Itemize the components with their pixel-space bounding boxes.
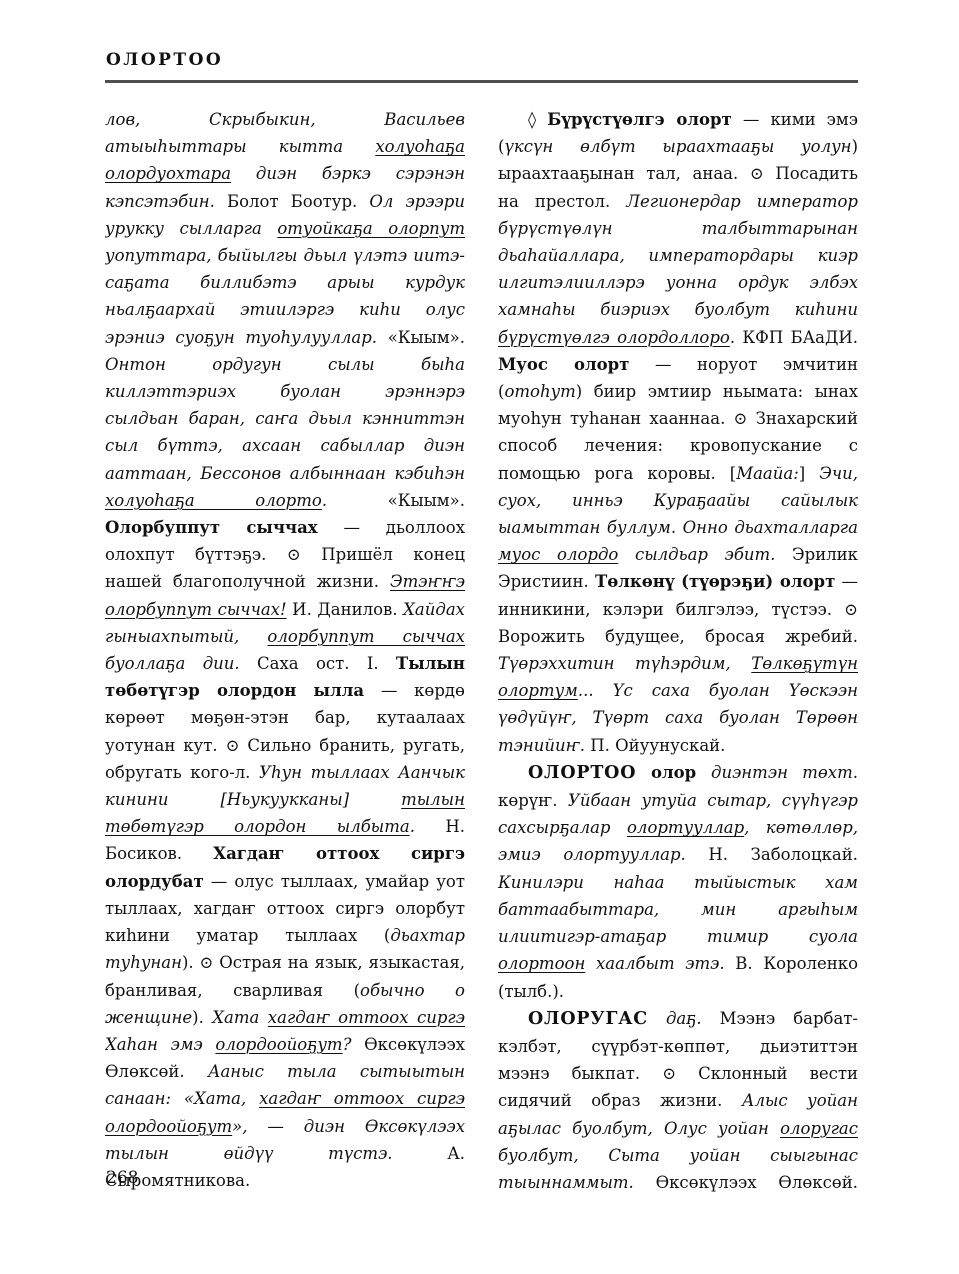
text-run: Төлкөнү (түөрэҕи) олорт: [595, 572, 835, 591]
running-head: ОЛОРТОО: [106, 50, 223, 70]
dictionary-page: ОЛОРТОО лов, Скрыбыкин, Васильев атыыһыт…: [0, 0, 959, 1274]
dictionary-paragraph: лов, Скрыбыкин, Васильев атыыһыттары кыт…: [105, 106, 465, 1194]
dictionary-paragraph: ОЛОРТОО олор диэнтэн төхт. көрүҥ. Уйбаан…: [498, 759, 858, 1005]
text-run: ).: [192, 1008, 212, 1027]
text-run: Муос олорт: [498, 355, 629, 374]
text-run: хагдаҥ оттоох сиргэ: [268, 1008, 465, 1027]
text-run: Бүрүстүөлгэ олорт: [547, 110, 731, 129]
dictionary-text: лов, Скрыбыкин, Васильев атыыһыттары кыт…: [105, 106, 858, 1198]
text-run: көрүҥ.: [498, 791, 568, 810]
text-run: КФП БАаДИ.: [742, 328, 858, 347]
page-number: 268: [106, 1168, 138, 1188]
text-run: холуоһаҕа олорто: [105, 491, 322, 510]
text-run: П. Ойуунускай.: [590, 736, 725, 755]
text-run: ◊: [528, 110, 547, 129]
text-run: .: [322, 491, 388, 510]
dictionary-paragraph: ◊ Бүрүстүөлгэ олорт — кими эмэ (үксүн өл…: [498, 106, 858, 759]
text-run: диэнтэн төхт.: [711, 763, 858, 782]
text-run: олортоон: [498, 954, 585, 973]
text-run: ОЛОРТОО: [528, 763, 636, 783]
text-run: отоһут: [504, 382, 575, 401]
text-run: Н. Заболоцкай.: [708, 845, 858, 864]
text-run: .: [730, 328, 743, 347]
text-run: ]: [799, 464, 819, 483]
text-run: Саха ост. I.: [257, 654, 396, 673]
text-run: олордоойоҕут: [215, 1035, 342, 1054]
text-run: олор: [636, 763, 711, 782]
text-run: Түөрэххитин түһэрдим,: [498, 654, 751, 673]
text-run: ?: [343, 1035, 365, 1054]
text-run: Хата: [212, 1008, 268, 1027]
text-run: И. Данилов.: [287, 600, 404, 619]
text-run: даҕ.: [648, 1009, 720, 1028]
text-run: бүрүстүөлгэ олордоллоро: [498, 328, 730, 347]
text-run: Олорбуппут сыччах: [105, 518, 318, 537]
header-rule: [105, 80, 858, 83]
text-run: Онтон ордугун сылы быһа киллэттэриэх буо…: [105, 355, 465, 483]
text-run: олорбуппут сыччах: [267, 627, 465, 646]
text-run: Маайа:: [736, 464, 799, 483]
text-run: хаалбыт этэ.: [585, 954, 735, 973]
text-run: үксүн өлбүт ыраахтааҕы уолун: [504, 137, 851, 156]
text-run: «Кыым».: [388, 491, 465, 510]
text-run: Хаһан эмэ: [105, 1035, 215, 1054]
text-run: муос олордо: [498, 545, 618, 564]
text-run: буоллаҕа дии.: [105, 654, 257, 673]
text-run: отуойкаҕа олорпут: [277, 219, 465, 238]
text-run: олоругас: [780, 1119, 858, 1138]
text-run: сылдьар эбит.: [618, 545, 792, 564]
text-run: Өксөкүлээх Өлөксөй.: [656, 1173, 858, 1192]
text-run: ОЛОРУГАС: [528, 1009, 648, 1029]
text-run: Болот Боотур.: [227, 192, 369, 211]
text-run: .: [410, 817, 446, 836]
text-run: «Кыым».: [388, 328, 465, 347]
text-run: Кинилэри наһаа тыйыстык хам баттаабыттар…: [498, 873, 858, 946]
text-run: олортууллар: [627, 818, 744, 837]
